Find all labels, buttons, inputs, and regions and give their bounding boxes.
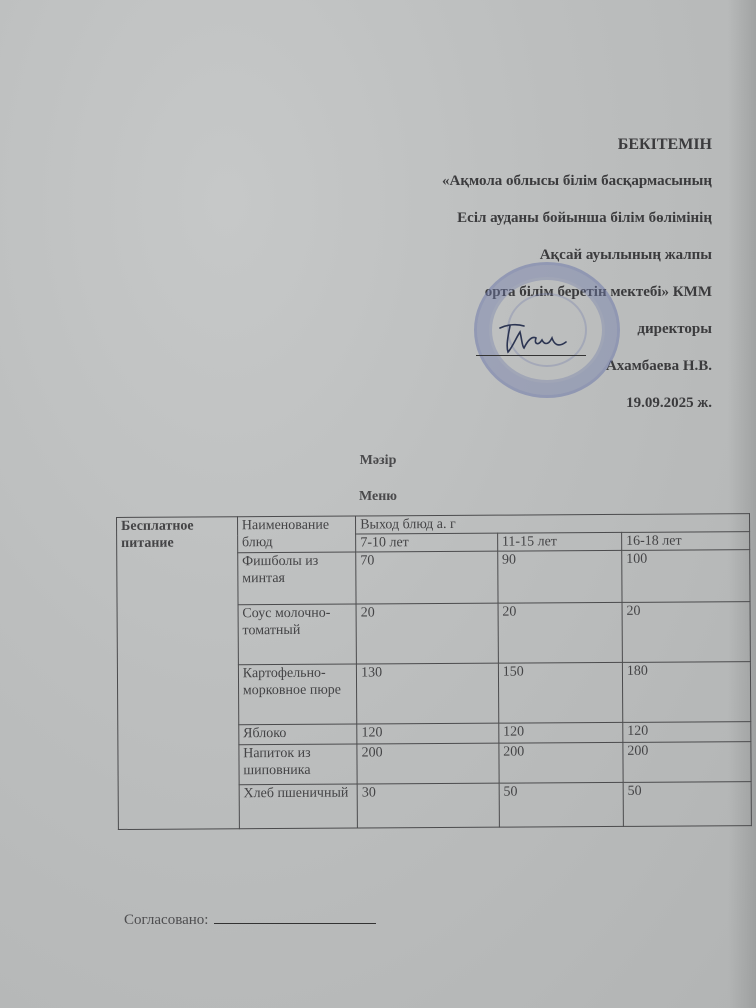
approval-line: «Ақмола облысы білім басқармасының <box>312 163 712 200</box>
signature-icon <box>496 318 576 358</box>
title-kazakh: Мәзір <box>0 452 756 488</box>
yield-value: 50 <box>499 782 623 827</box>
agreed-signature-line <box>214 923 376 924</box>
approval-line: Ақсай ауылының жалпы <box>312 237 712 274</box>
menu-table: Бесплатное питание Наименование блюд Вых… <box>116 513 752 830</box>
age-group-header: 11-15 лет <box>497 532 621 551</box>
yield-value: 150 <box>498 662 623 723</box>
yield-value: 20 <box>356 603 498 664</box>
approval-date: 19.09.2025 ж. <box>312 385 712 422</box>
yield-value: 120 <box>623 722 751 743</box>
category-cell: Бесплатное питание <box>117 517 240 830</box>
yield-value: 20 <box>498 602 623 663</box>
yield-value: 200 <box>357 743 499 784</box>
dish-name: Картофельно-морковное пюре <box>238 664 357 725</box>
dish-name: Фишболы из минтая <box>238 552 357 605</box>
age-group-header: 7-10 лет <box>356 533 498 552</box>
document-page: БЕКІТЕМІН «Ақмола облысы білім басқармас… <box>0 0 756 1008</box>
dish-name: Яблоко <box>239 724 357 745</box>
yield-value: 30 <box>357 783 499 828</box>
signature-line <box>476 355 586 356</box>
yield-value: 200 <box>623 742 751 783</box>
yield-value: 100 <box>622 550 750 603</box>
yield-value: 20 <box>622 602 750 663</box>
yield-value: 70 <box>356 551 498 604</box>
yield-value: 90 <box>497 550 621 603</box>
approval-title: БЕКІТЕМІН <box>312 126 712 163</box>
yield-value: 120 <box>357 723 499 744</box>
yield-header: Выход блюд а. г <box>356 514 750 534</box>
yield-value: 200 <box>499 742 623 783</box>
yield-value: 120 <box>499 722 623 743</box>
yield-value: 180 <box>622 662 750 723</box>
dish-name: Хлеб пшеничный <box>239 784 358 829</box>
yield-value: 130 <box>357 663 499 724</box>
approval-line: Есіл ауданы бойынша білім бөлімінің <box>312 200 712 237</box>
agreed-block: Согласовано: <box>124 912 376 929</box>
yield-value: 50 <box>623 782 751 827</box>
age-group-header: 16-18 лет <box>622 532 750 551</box>
agreed-label: Согласовано: <box>124 912 208 928</box>
dish-name: Соус молочно-томатный <box>238 604 357 665</box>
dish-name: Напиток из шиповника <box>239 744 358 785</box>
dish-header: Наименование блюд <box>237 516 356 553</box>
